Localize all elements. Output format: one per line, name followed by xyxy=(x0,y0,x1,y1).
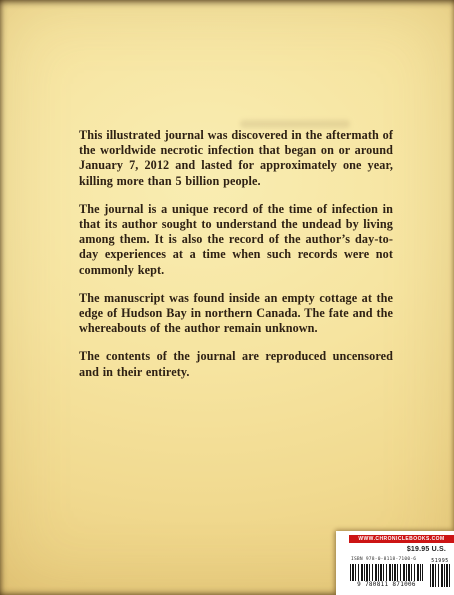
blurb-paragraph-journal-record: The journal is a unique record of the ti… xyxy=(79,202,393,278)
ean13-barcode-icon xyxy=(350,564,423,581)
isbn-label: ISBN 978-0-8118-7100-6 xyxy=(351,557,416,562)
barcode-price-sticker: WWW.CHRONICLEBOOKS.COM $19.95 U.S. ISBN … xyxy=(336,531,454,595)
back-cover-blurb: This illustrated journal was discovered … xyxy=(79,128,393,393)
blurb-paragraph-contents: The contents of the journal are reproduc… xyxy=(79,349,393,379)
blurb-paragraph-manuscript-found: The manuscript was found inside an empty… xyxy=(79,291,393,337)
publisher-website-band: WWW.CHRONICLEBOOKS.COM xyxy=(349,535,454,543)
ean5-addon-barcode-icon xyxy=(430,564,450,587)
parchment-back-cover: This illustrated journal was discovered … xyxy=(0,0,454,595)
price-label: $19.95 U.S. xyxy=(407,546,446,553)
aged-smudge-mark xyxy=(240,120,350,128)
blurb-paragraph-discovery: This illustrated journal was discovered … xyxy=(79,128,393,189)
book-back-cover-photo: This illustrated journal was discovered … xyxy=(0,0,454,595)
ean13-digits: 9 780811 871006 xyxy=(348,581,425,588)
